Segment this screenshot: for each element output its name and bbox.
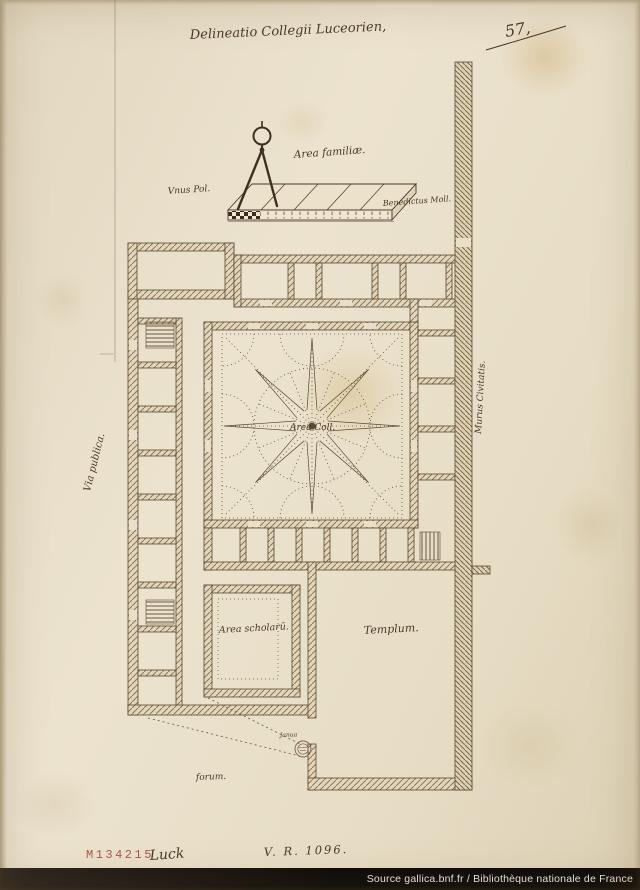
survey-boundary-line — [100, 0, 115, 362]
city-wall — [455, 62, 490, 790]
page-number-group: 57, — [486, 18, 566, 50]
pencil-note: Luck — [148, 846, 185, 864]
scale-bar-graduations — [261, 212, 392, 219]
scanned-archival-page: 57, Delineatio Collegii Luceorien, — [0, 0, 640, 890]
courtyard-label: Area Coll. — [289, 423, 335, 433]
source-attribution-bar: Source gallica.bnf.fr / Bibliothèque nat… — [0, 868, 640, 890]
market-label: forum. — [195, 772, 227, 783]
floor-plan-drawing: 57, Delineatio Collegii Luceorien, — [0, 0, 640, 868]
city-wall-label: Murus Civitatis. — [474, 360, 488, 435]
shelfmark-stamp: M134215 — [86, 848, 154, 862]
source-attribution-text: Source gallica.bnf.fr / Bibliothèque nat… — [367, 873, 633, 885]
drawing-title: Delineatio Collegii Luceorien, — [189, 19, 387, 43]
temple-court-walls — [308, 562, 472, 790]
gate-label: Janua — [278, 731, 298, 739]
pencil-reference: V. R. 1096. — [264, 842, 349, 859]
school-yard-label: Area scholarū. — [218, 621, 290, 636]
street-label: Via publica. — [82, 432, 107, 493]
unus-pol-label: Vnus Pol. — [168, 184, 211, 197]
area-familiae-label: Area familiæ. — [292, 144, 365, 161]
school-yard-walls — [204, 585, 300, 697]
temple-label: Templum. — [363, 621, 419, 637]
north-wing — [234, 255, 460, 307]
north-west-room — [128, 243, 234, 299]
school-yard-dotted-border — [218, 599, 278, 679]
west-wing — [128, 299, 314, 715]
scale-bar-checker-unit — [229, 211, 261, 219]
stairs — [146, 322, 440, 624]
